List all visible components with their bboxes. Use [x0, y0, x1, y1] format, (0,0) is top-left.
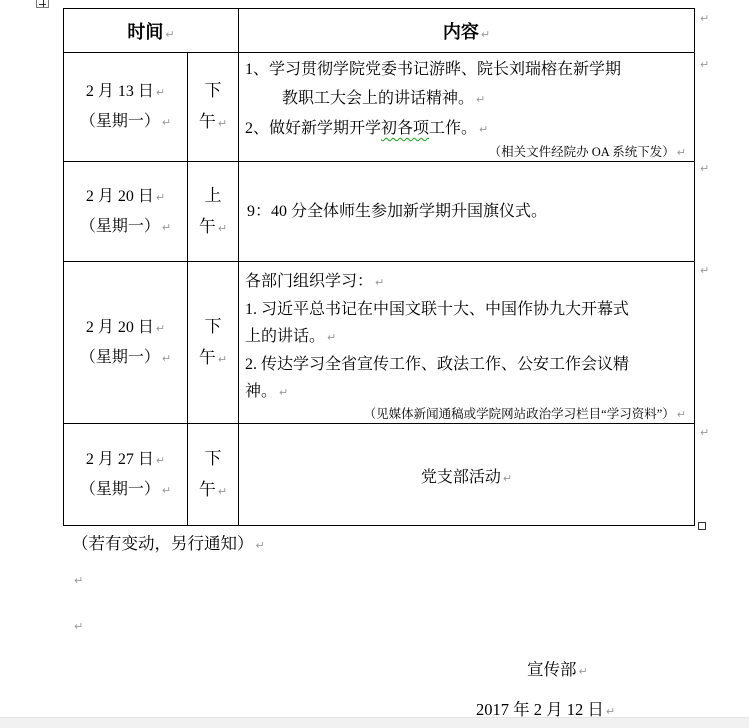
content-line: 教职工大会上的讲话精神。↵ [245, 84, 688, 114]
content-text: 1、学习贯彻学院党委书记游晔、院长刘瑞榕在新学期 [245, 61, 621, 78]
date-line: 2 月 27 日↵ [64, 445, 187, 475]
content-text: 9：40 分全体师生参加新学期升国旗仪式。 [247, 203, 547, 220]
content-text: 工作。 [429, 120, 477, 137]
signature-text: 宣传部 [527, 660, 577, 679]
date-line: （星期一）↵ [64, 107, 187, 137]
end-of-row-mark-icon: ↵ [700, 264, 709, 277]
empty-paragraph-mark-icon: ↵ [74, 574, 83, 587]
table-row: 2 月 13 日↵ （星期一）↵ 下 午↵ 1、学习贯彻学院党委书记游晔、院长刘… [64, 53, 695, 162]
paragraph-mark-icon: ↵ [165, 28, 174, 41]
period-char: 上 [188, 180, 238, 211]
date-line: （星期一）↵ [64, 475, 187, 505]
date-text: 2 月 20 日 [86, 319, 154, 336]
paragraph-mark-icon: ↵ [481, 28, 490, 41]
paragraph-mark-icon: ↵ [156, 86, 165, 99]
period-cell[interactable]: 下 午↵ [188, 262, 239, 424]
spellcheck-flagged-text: 初各项 [381, 120, 429, 137]
weekday-text: （星期一） [80, 113, 160, 130]
page-bottom-strip [0, 717, 749, 728]
paragraph-mark-icon: ↵ [162, 484, 171, 497]
content-line: 9：40 分全体师生参加新学期升国旗仪式。 [247, 197, 688, 226]
paragraph-mark-icon: ↵ [156, 322, 165, 335]
date-line: 2 月 13 日↵ [64, 77, 187, 107]
period-char: 午↵ [188, 342, 238, 375]
period-char: 下 [188, 443, 238, 474]
change-note-text: （若有变动，另行通知） [72, 534, 254, 553]
period-cell[interactable]: 上 午↵ [188, 162, 239, 262]
paragraph-mark-icon: ↵ [375, 276, 384, 289]
content-line: 上的讲话。↵ [245, 323, 688, 351]
paragraph-mark-icon: ↵ [279, 386, 288, 399]
content-line: 2、做好新学期开学初各项工作。↵ [245, 114, 688, 144]
date-line: （星期一）↵ [64, 212, 187, 242]
paragraph-mark-icon: ↵ [218, 222, 227, 235]
paragraph-mark-icon: ↵ [677, 408, 686, 421]
paragraph-mark-icon: ↵ [327, 331, 336, 344]
period-char: 下 [188, 311, 238, 342]
paragraph-mark-icon: ↵ [579, 665, 588, 678]
paragraph-mark-icon: ↵ [218, 485, 227, 498]
weekday-text: （星期一） [80, 481, 160, 498]
paragraph-mark-icon: ↵ [156, 191, 165, 204]
content-text: 神。 [245, 383, 277, 400]
date-cell[interactable]: 2 月 20 日↵ （星期一）↵ [64, 262, 188, 424]
end-of-row-mark-icon: ↵ [700, 12, 709, 25]
paragraph-mark-icon: ↵ [162, 221, 171, 234]
period-char: 下 [188, 75, 238, 106]
content-text: 上的讲话。 [245, 328, 325, 345]
content-cell[interactable]: 1、学习贯彻学院党委书记游晔、院长刘瑞榕在新学期 教职工大会上的讲话精神。↵ 2… [239, 53, 695, 162]
paragraph-mark-icon: ↵ [677, 146, 686, 159]
end-of-row-mark-icon: ↵ [700, 58, 709, 71]
date-cell[interactable]: 2 月 20 日↵ （星期一）↵ [64, 162, 188, 262]
move-cross-bar [43, 0, 44, 7]
paragraph-mark-icon: ↵ [503, 472, 512, 485]
date-text: 2 月 20 日 [86, 188, 154, 205]
table-row: 2 月 27 日↵ （星期一）↵ 下 午↵ 党支部活动↵ [64, 424, 695, 526]
paragraph-mark-icon: ↵ [479, 123, 488, 136]
paragraph-mark-icon: ↵ [256, 539, 265, 552]
content-text: 党支部活动 [421, 469, 501, 486]
header-time-label: 时间 [127, 22, 163, 42]
weekday-text: （星期一） [80, 218, 160, 235]
paragraph-mark-icon: ↵ [162, 116, 171, 129]
content-line: 神。↵ [245, 378, 688, 406]
table-row: 2 月 20 日↵ （星期一）↵ 上 午↵ 9：40 分全体师生参加新学期升国旗… [64, 162, 695, 262]
empty-paragraph-mark-icon: ↵ [74, 620, 83, 633]
content-cell[interactable]: 各部门组织学习：↵ 1. 习近平总书记在中国文联十大、中国作协九大开幕式 上的讲… [239, 262, 695, 424]
content-line: 1、学习贯彻学院党委书记游晔、院长刘瑞榕在新学期 [245, 55, 688, 84]
signature-paragraph[interactable]: 宣传部↵ [527, 656, 588, 680]
date-cell[interactable]: 2 月 13 日↵ （星期一）↵ [64, 53, 188, 162]
table-row: 2 月 20 日↵ （星期一）↵ 下 午↵ 各部门组织学习：↵ 1. 习近平总书… [64, 262, 695, 424]
content-cell[interactable]: 9：40 分全体师生参加新学期升国旗仪式。 [239, 162, 695, 262]
content-text: 教职工大会上的讲话精神。 [282, 90, 474, 107]
table-header-row: 时间↵ 内容↵ [64, 9, 695, 53]
content-line: 1. 习近平总书记在中国文联十大、中国作协九大开幕式 [245, 296, 688, 323]
note-text: （相关文件经院办 OA 系统下发） [489, 145, 675, 159]
document-page: 时间↵ 内容↵ 2 月 13 日↵ （星期一）↵ 下 午↵ 1、学习贯彻学院党委… [0, 0, 749, 728]
content-line: 各部门组织学习：↵ [245, 268, 688, 296]
date-line: （星期一）↵ [64, 343, 187, 373]
content-text: 2、做好新学期开学 [245, 120, 381, 137]
date-text: 2 月 13 日 [86, 83, 154, 100]
period-cell[interactable]: 下 午↵ [188, 53, 239, 162]
paragraph-mark-icon: ↵ [218, 353, 227, 366]
paragraph-mark-icon: ↵ [156, 454, 165, 467]
table-move-handle-icon[interactable] [36, 0, 49, 8]
paragraph-mark-icon: ↵ [218, 117, 227, 130]
change-note-paragraph[interactable]: （若有变动，另行通知）↵ [72, 530, 265, 554]
period-char: 午↵ [188, 474, 238, 507]
header-cell-content[interactable]: 内容↵ [239, 9, 695, 53]
weekday-text: （星期一） [80, 349, 160, 366]
table-resize-handle[interactable] [698, 522, 706, 530]
period-cell[interactable]: 下 午↵ [188, 424, 239, 526]
period-char: 午↵ [188, 211, 238, 244]
content-text: 2. 传达学习全省宣传工作、政法工作、公安工作会议精 [245, 356, 629, 373]
paragraph-mark-icon: ↵ [162, 352, 171, 365]
content-line: 2. 传达学习全省宣传工作、政法工作、公安工作会议精 [245, 351, 688, 378]
date-line: 2 月 20 日↵ [64, 313, 187, 343]
period-char: 午↵ [188, 106, 238, 139]
header-cell-time[interactable]: 时间↵ [64, 9, 239, 53]
paragraph-mark-icon: ↵ [476, 93, 485, 106]
schedule-table: 时间↵ 内容↵ 2 月 13 日↵ （星期一）↵ 下 午↵ 1、学习贯彻学院党委… [63, 8, 695, 526]
date-cell[interactable]: 2 月 27 日↵ （星期一）↵ [64, 424, 188, 526]
end-of-row-mark-icon: ↵ [700, 162, 709, 175]
header-content-label: 内容 [443, 22, 479, 42]
content-cell[interactable]: 党支部活动↵ [239, 424, 695, 526]
content-note: （见媒体新闻通稿或学院网站政治学习栏目“学习资料”）↵ [245, 406, 688, 423]
end-of-row-mark-icon: ↵ [700, 426, 709, 439]
note-text: （见媒体新闻通稿或学院网站政治学习栏目“学习资料”） [364, 407, 675, 421]
content-note: （相关文件经院办 OA 系统下发）↵ [245, 144, 688, 161]
content-text: 各部门组织学习： [245, 273, 373, 290]
content-text: 1. 习近平总书记在中国文联十大、中国作协九大开幕式 [245, 301, 629, 318]
date-text: 2 月 27 日 [86, 451, 154, 468]
date-line: 2 月 20 日↵ [64, 182, 187, 212]
